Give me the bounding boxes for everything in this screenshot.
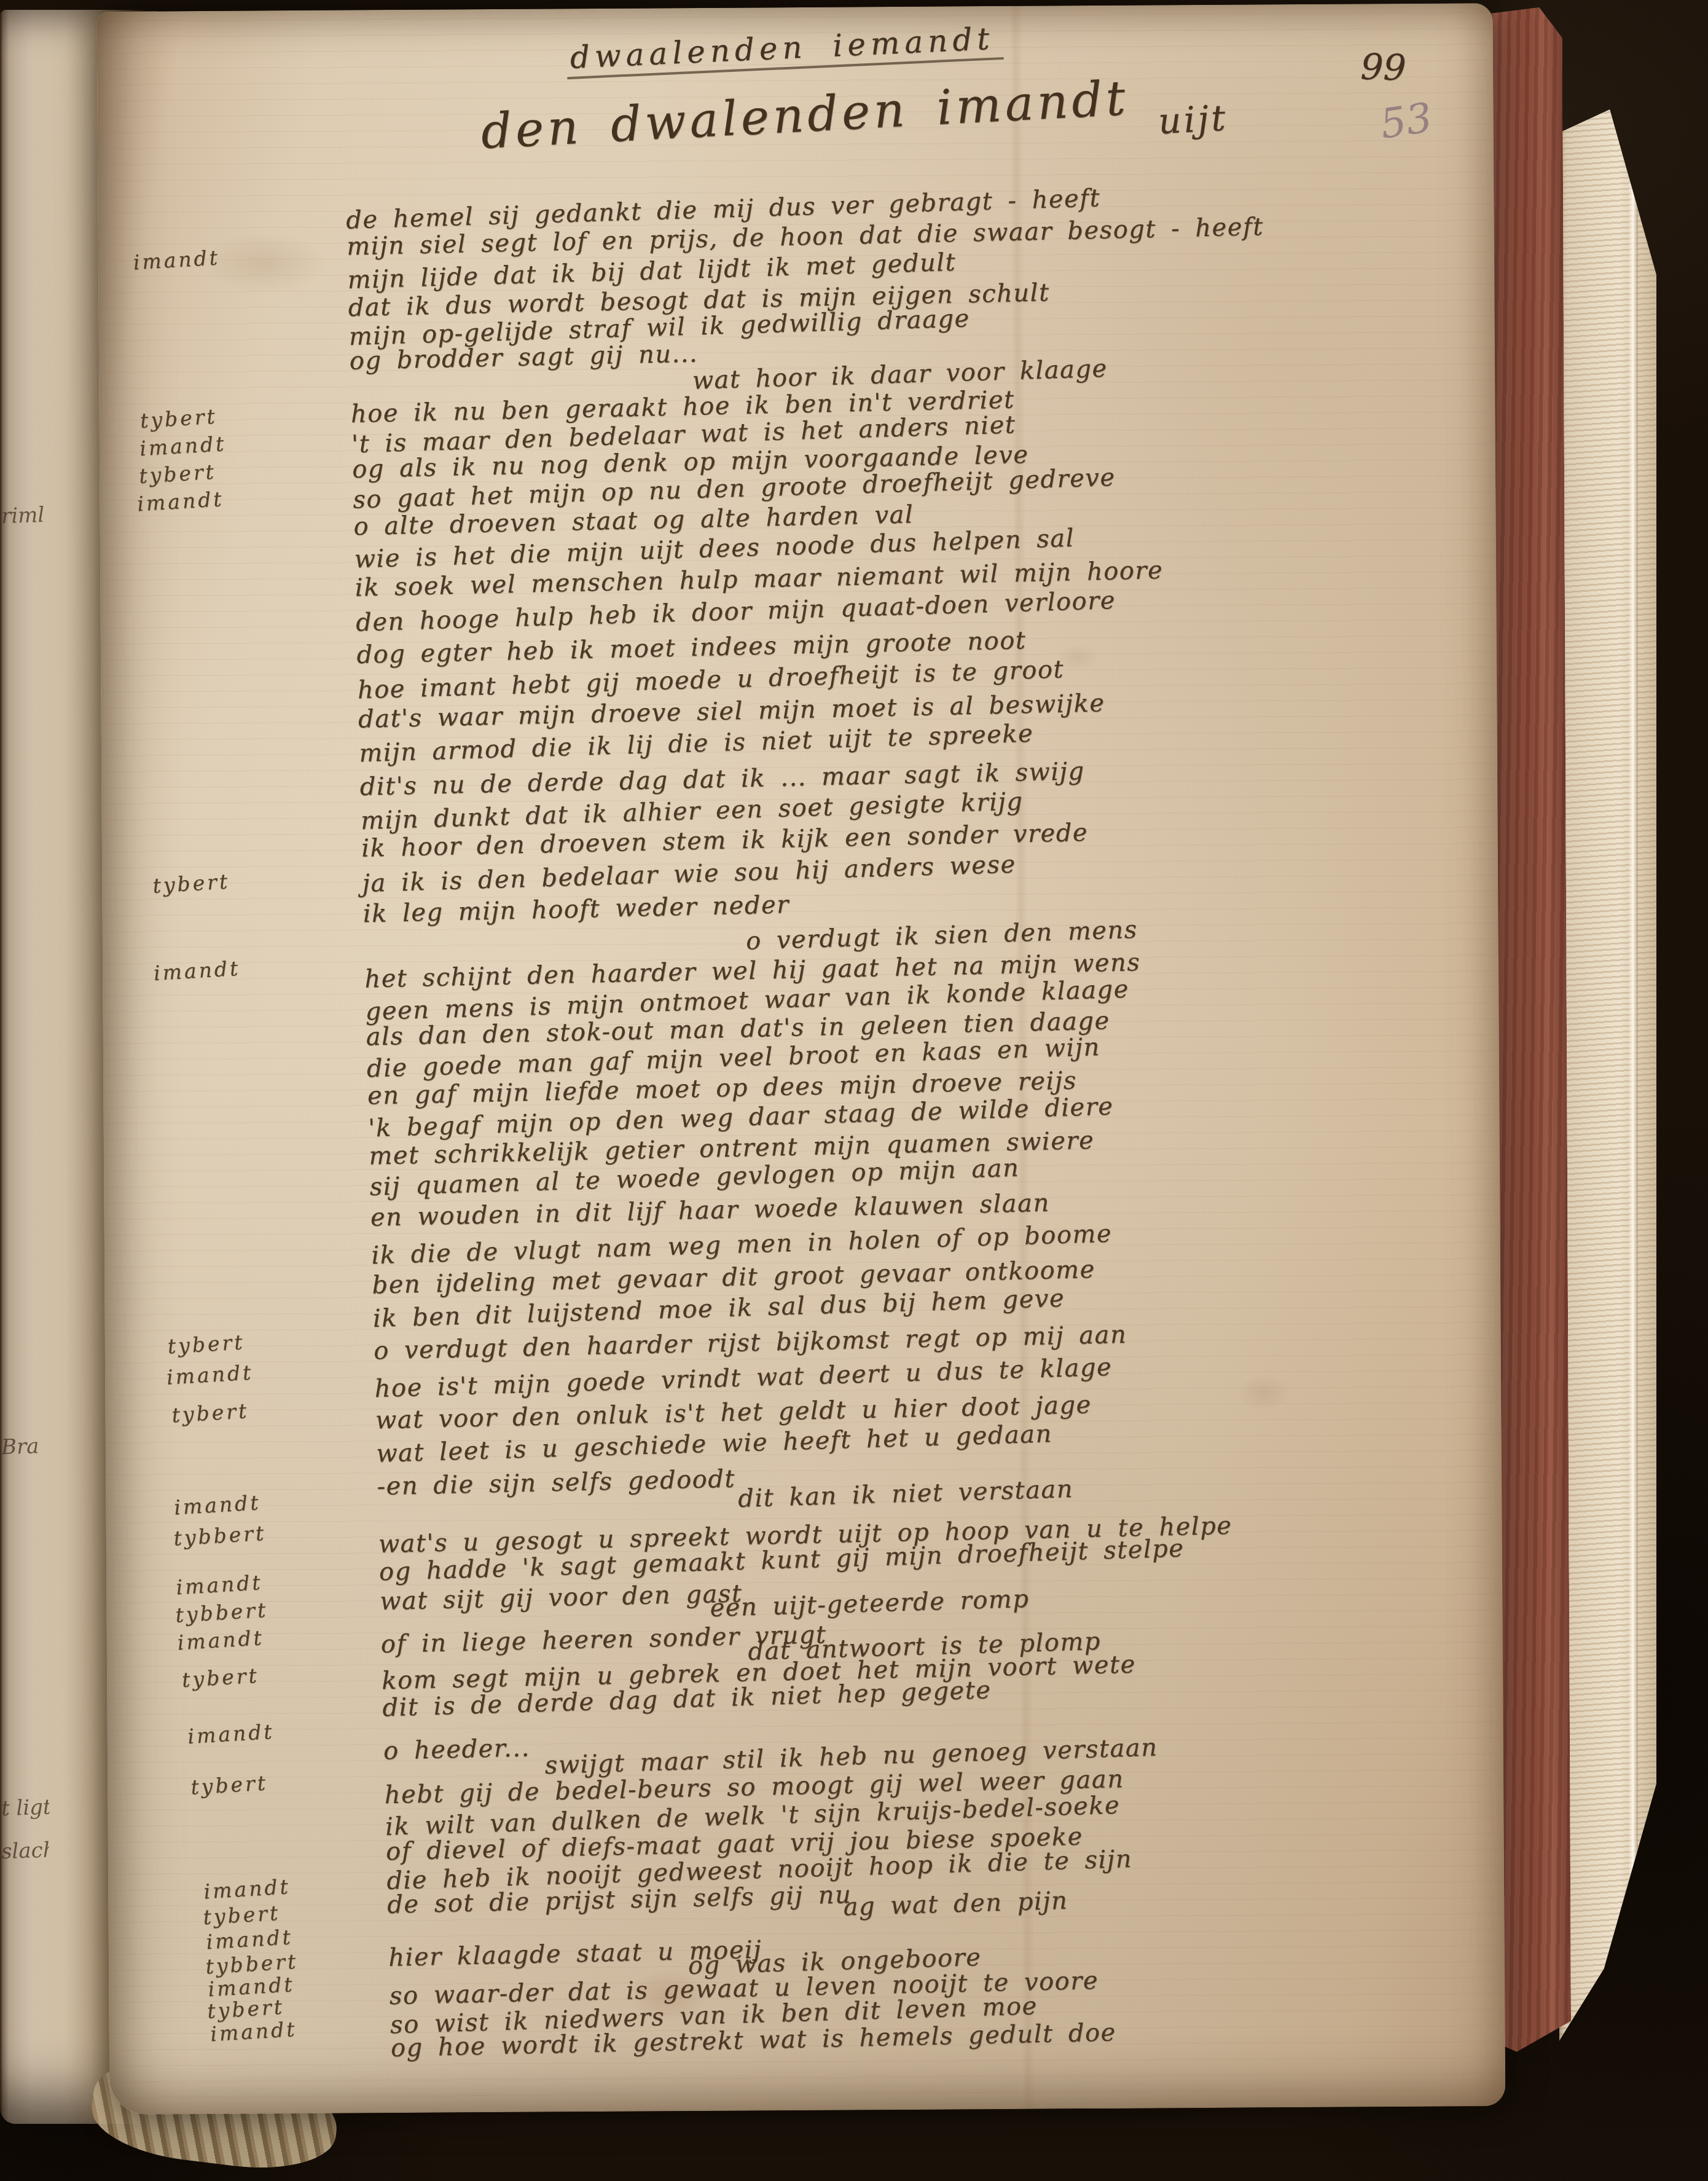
running-header: dwaalenden iemandt — [566, 20, 1004, 79]
speaker-label: tybbert — [174, 1598, 268, 1627]
speaker-label: tybert — [171, 1399, 249, 1427]
speaker-margin-column: imandttybertimandttybertimandttybertiman… — [80, 0, 1475, 25]
speaker-label: tybert — [202, 1901, 281, 1929]
speaker-label: imandt — [166, 1360, 254, 1389]
page-stack — [1559, 109, 1656, 2056]
manuscript-line: ik leg mijn hooft weder neder — [362, 890, 789, 928]
speaker-label: imandt — [205, 1925, 293, 1954]
manuscript-line: -en die sijn selfs gedoodt — [377, 1464, 735, 1501]
speaker-label: imandt — [136, 487, 224, 516]
speaker-label: imandt — [139, 431, 227, 460]
title-suffix: uijt — [1158, 97, 1229, 143]
speaker-label: tybert — [139, 404, 218, 433]
speaker-label: imandt — [173, 1490, 261, 1519]
photo-scene: rimlBrat ligtslacht dwaalenden iemandt 9… — [0, 0, 1708, 2181]
speaker-label: tybbert — [173, 1521, 267, 1550]
folio-number: 53 — [1377, 94, 1435, 148]
manuscript-line: o heeder... — [383, 1734, 531, 1765]
speaker-label: imandt — [153, 956, 241, 985]
speaker-label: imandt — [203, 1874, 291, 1903]
manuscript-line: wat sijt gij voor den gast — [380, 1579, 743, 1616]
speaker-label: tybert — [181, 1664, 260, 1692]
manuscript-line: ag wat den pijn — [843, 1887, 1068, 1922]
speaker-label: imandt — [175, 1570, 263, 1599]
manuscript-page: dwaalenden iemandt 99 53 den dwalenden i… — [97, 3, 1506, 2115]
page-content: dwaalenden iemandt 99 53 den dwalenden i… — [80, 0, 1527, 2128]
manuscript-line: dit kan ik niet verstaan — [738, 1475, 1074, 1513]
page-number: 99 — [1360, 45, 1407, 88]
speaker-label: tybert — [152, 869, 230, 897]
title-row: den dwalenden imandtuijt — [480, 66, 1228, 160]
verso-text-fragment: Bra — [1, 1434, 49, 1460]
manuscript-line: een uijt-geteerde romp — [710, 1585, 1030, 1622]
body-text: de hemel sij gedankt die mij dus ver geb… — [80, 0, 1475, 25]
verso-text-fragment: riml — [1, 503, 49, 529]
speaker-label: tybert — [167, 1330, 246, 1358]
speaker-label: imandt — [187, 1719, 275, 1748]
speaker-label: imandt — [177, 1625, 265, 1654]
verso-text-fragment: t ligt — [1, 1795, 49, 1821]
speaker-label: imandt — [133, 245, 221, 274]
speaker-label: imandt — [210, 2017, 297, 2046]
speaker-label: tybert — [190, 1770, 268, 1799]
page-title: den dwalenden imandt — [480, 71, 1130, 160]
speaker-label: tybert — [138, 460, 217, 488]
verso-text-fragment: slacht — [1, 1838, 49, 1865]
